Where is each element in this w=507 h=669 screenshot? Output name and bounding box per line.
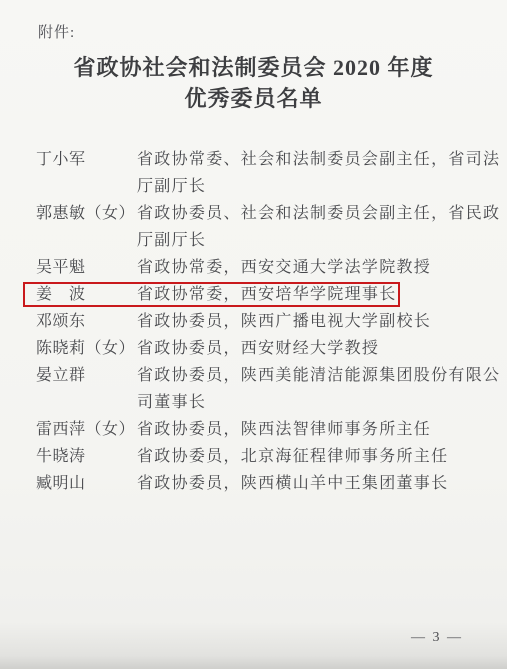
member-row: 臧明山 省政协委员，陕西横山羊中王集团董事长 (36, 470, 502, 497)
member-row: 陈晓莉（女） 省政协委员，西安财经大学教授 (36, 335, 502, 362)
member-description: 省政协委员，陕西广播电视大学副校长 (137, 308, 502, 335)
attachment-label: 附件: (38, 21, 75, 42)
title-line-1: 省政协社会和法制委员会 2020 年度 (0, 52, 507, 83)
member-row: 郭惠敏（女） 省政协委员、社会和法制委员会副主任，省民政厅副厅长 (36, 200, 502, 254)
member-name: 郭惠敏（女） (36, 200, 137, 227)
member-description: 省政协常委，西安培华学院理事长 (137, 281, 502, 308)
member-name: 臧明山 (36, 470, 137, 497)
member-row: 晏立群 省政协委员，陕西美能清洁能源集团股份有限公司董事长 (36, 362, 502, 416)
member-name: 邓颂东 (36, 308, 137, 335)
title-line-2: 优秀委员名单 (0, 83, 507, 114)
member-row: 牛晓涛 省政协委员，北京海征程律师事务所主任 (36, 443, 502, 470)
member-description: 省政协委员，西安财经大学教授 (137, 335, 502, 362)
member-name: 雷西萍（女） (36, 416, 137, 443)
member-name: 晏立群 (36, 362, 137, 389)
page-number: — 3 — (411, 630, 463, 646)
scanned-document-page: 附件: 省政协社会和法制委员会 2020 年度 优秀委员名单 丁小军 省政协常委… (0, 0, 507, 669)
member-description: 省政协委员、社会和法制委员会副主任，省民政厅副厅长 (137, 200, 502, 254)
document-title: 省政协社会和法制委员会 2020 年度 优秀委员名单 (0, 52, 507, 114)
member-row-highlighted: 姜 波 省政协常委，西安培华学院理事长 (36, 281, 502, 308)
member-name: 姜 波 (36, 281, 137, 308)
member-description: 省政协委员，北京海征程律师事务所主任 (137, 443, 502, 470)
member-name: 牛晓涛 (36, 443, 137, 470)
member-description: 省政协委员，陕西横山羊中王集团董事长 (137, 470, 502, 497)
member-description: 省政协委员，陕西法智律师事务所主任 (137, 416, 502, 443)
member-row: 雷西萍（女） 省政协委员，陕西法智律师事务所主任 (36, 416, 502, 443)
member-row: 丁小军 省政协常委、社会和法制委员会副主任，省司法厅副厅长 (36, 146, 502, 200)
member-row: 吴平魁 省政协常委，西安交通大学法学院教授 (36, 254, 502, 281)
member-description: 省政协常委、社会和法制委员会副主任，省司法厅副厅长 (137, 146, 502, 200)
member-list: 丁小军 省政协常委、社会和法制委员会副主任，省司法厅副厅长 郭惠敏（女） 省政协… (36, 146, 502, 497)
member-name: 吴平魁 (36, 254, 137, 281)
member-name: 陈晓莉（女） (36, 335, 137, 362)
member-description: 省政协常委，西安交通大学法学院教授 (137, 254, 502, 281)
member-name: 丁小军 (36, 146, 137, 173)
member-row: 邓颂东 省政协委员，陕西广播电视大学副校长 (36, 308, 502, 335)
member-description: 省政协委员，陕西美能清洁能源集团股份有限公司董事长 (137, 362, 502, 416)
